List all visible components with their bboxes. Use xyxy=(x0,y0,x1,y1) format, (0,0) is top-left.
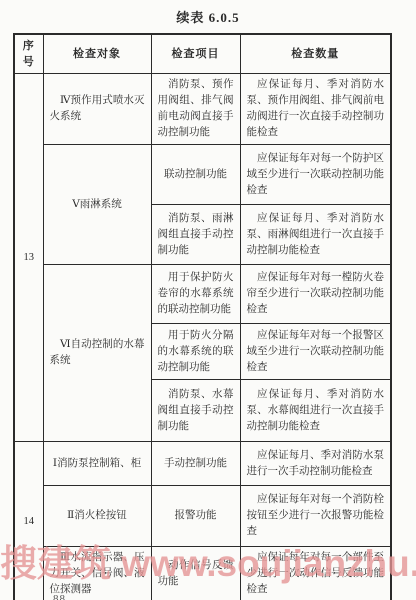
object-cell: Ⅴ雨淋系统 xyxy=(43,145,151,265)
item-cell: 用于保护防火卷帘的水幕系统的联动控制功能 xyxy=(151,265,240,324)
column-header-serial: 序号 xyxy=(14,34,43,74)
column-header-quantity: 检查数量 xyxy=(240,34,391,74)
object-cell: Ⅳ预作用式喷水灭火系统 xyxy=(43,74,151,145)
serial-cell: 13 xyxy=(14,74,43,442)
quantity-cell: 应保证每年对每一个部件至少进行一次动作信号反馈功能检查 xyxy=(240,547,391,600)
document-page: 续表 6.0.5 序号 检查对象 检查项目 检查数量 13Ⅳ预作用式喷水灭火系统… xyxy=(0,0,416,600)
table-row: Ⅲ水流指示器、压力开关、信号阀、液位探测器动作信号反馈功能应保证每年对每一个部件… xyxy=(14,547,391,600)
item-cell: 消防泵、水幕阀组直接手动控制功能 xyxy=(151,380,240,442)
quantity-cell: 应保证每月、季对消防水泵、水幕阀组进行一次直接手动控制功能检查 xyxy=(240,380,391,442)
item-cell: 动作信号反馈功能 xyxy=(151,547,240,600)
item-cell: 手动控制功能 xyxy=(151,442,240,486)
table-header-row: 序号 检查对象 检查项目 检查数量 xyxy=(14,34,391,74)
table-row: 14Ⅰ消防泵控制箱、柜手动控制功能应保证每月、季对消防水泵进行一次手动控制功能检… xyxy=(14,442,391,486)
inspection-table: 序号 检查对象 检查项目 检查数量 13Ⅳ预作用式喷水灭火系统消防泵、预作用阀组… xyxy=(13,33,392,600)
object-cell: Ⅰ消防泵控制箱、柜 xyxy=(43,442,151,486)
table-row: Ⅵ自动控制的水幕系统用于保护防火卷帘的水幕系统的联动控制功能应保证每年对每一樘防… xyxy=(14,265,391,324)
table-row: Ⅴ雨淋系统联动控制功能应保证每年对每一个防护区域至少进行一次联动控制功能检查 xyxy=(14,145,391,205)
item-cell: 联动控制功能 xyxy=(151,145,240,205)
quantity-cell: 应保证每月、季对消防水泵、预作用阀组、排气阀前电动阀进行一次直接手动控制功能检查 xyxy=(240,74,391,145)
quantity-cell: 应保证每年对每一个消防栓按钮至少进行一次报警功能检查 xyxy=(240,486,391,547)
object-cell: Ⅲ水流指示器、压力开关、信号阀、液位探测器 xyxy=(43,547,151,600)
item-cell: 消防泵、雨淋阀组直接手动控制功能 xyxy=(151,205,240,265)
quantity-cell: 应保证每月、季对消防水泵、雨淋阀组进行一次直接手动控制功能检查 xyxy=(240,205,391,265)
page-number: 88 xyxy=(53,593,66,600)
item-cell: 报警功能 xyxy=(151,486,240,547)
table-row: Ⅱ消火栓按钮报警功能应保证每年对每一个消防栓按钮至少进行一次报警功能检查 xyxy=(14,486,391,547)
table-body: 13Ⅳ预作用式喷水灭火系统消防泵、预作用阀组、排气阀前电动阀直接手动控制功能应保… xyxy=(14,74,391,600)
item-cell: 用于防火分隔的水幕系统的联动控制功能 xyxy=(151,324,240,380)
serial-cell: 14 xyxy=(14,442,43,600)
table-row: 13Ⅳ预作用式喷水灭火系统消防泵、预作用阀组、排气阀前电动阀直接手动控制功能应保… xyxy=(14,74,391,145)
object-cell: Ⅱ消火栓按钮 xyxy=(43,486,151,547)
item-cell: 消防泵、预作用阀组、排气阀前电动阀直接手动控制功能 xyxy=(151,74,240,145)
object-cell: Ⅵ自动控制的水幕系统 xyxy=(43,265,151,442)
quantity-cell: 应保证每年对每一樘防火卷帘至少进行一次联动控制功能检查 xyxy=(240,265,391,324)
column-header-object: 检查对象 xyxy=(43,34,151,74)
column-header-item: 检查项目 xyxy=(151,34,240,74)
quantity-cell: 应保证每月、季对消防水泵进行一次手动控制功能检查 xyxy=(240,442,391,486)
quantity-cell: 应保证每年对每一个防护区域至少进行一次联动控制功能检查 xyxy=(240,145,391,205)
quantity-cell: 应保证每年对每一个报警区域至少进行一次联动控制功能检查 xyxy=(240,324,391,380)
table-title: 续表 6.0.5 xyxy=(0,7,416,26)
